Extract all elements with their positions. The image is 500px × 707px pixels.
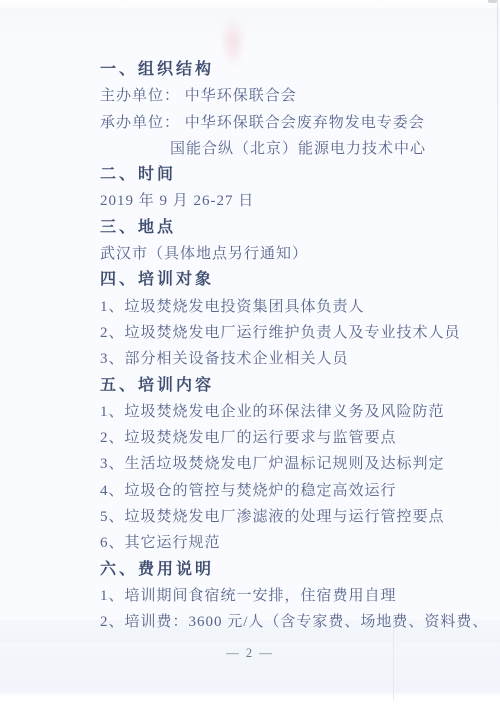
page-number: — 2 — bbox=[0, 646, 500, 661]
line-event-date: 2019 年 9 月 26-27 日 bbox=[100, 188, 490, 214]
line-event-location: 武汉市（具体地点另行通知） bbox=[100, 241, 490, 267]
section-heading-location: 三、地点 bbox=[100, 215, 490, 241]
scan-artifact-band bbox=[0, 8, 500, 48]
line-content-item-2: 2、垃圾焚烧发电厂的运行要求与监管要点 bbox=[100, 425, 490, 451]
line-content-item-4: 4、垃圾仓的管控与焚烧炉的稳定高效运行 bbox=[100, 478, 490, 504]
line-trainee-item-3: 3、部分相关设备技术企业相关人员 bbox=[100, 346, 490, 372]
section-heading-trainees: 四、培训对象 bbox=[100, 267, 490, 293]
paper-edge-shadow bbox=[497, 0, 498, 707]
line-content-item-5: 5、垃圾焚烧发电厂渗滤液的处理与运行管控要点 bbox=[100, 504, 490, 530]
scanned-document-page: 一、组织结构 主办单位： 中华环保联合会 承办单位： 中华环保联合会废弃物发电专… bbox=[0, 0, 500, 707]
line-organizer-unit-2: 国能合纵（北京）能源电力技术中心 bbox=[100, 136, 490, 162]
line-trainee-item-1: 1、垃圾焚烧发电投资集团具体负责人 bbox=[100, 294, 490, 320]
section-heading-organization: 一、组织结构 bbox=[100, 57, 490, 83]
line-content-item-3: 3、生活垃圾焚烧发电厂炉温标记规则及达标判定 bbox=[100, 451, 490, 477]
line-trainee-item-2: 2、垃圾焚烧发电厂运行维护负责人及专业技术人员 bbox=[100, 320, 490, 346]
line-content-item-1: 1、垃圾焚烧发电企业的环保法律义务及风险防范 bbox=[100, 399, 490, 425]
section-heading-content: 五、培训内容 bbox=[100, 373, 490, 399]
section-heading-fees: 六、费用说明 bbox=[100, 557, 490, 583]
line-fee-item-1: 1、培训期间食宿统一安排，住宿费用自理 bbox=[100, 583, 490, 609]
line-content-item-6: 6、其它运行规范 bbox=[100, 530, 490, 556]
document-body: 一、组织结构 主办单位： 中华环保联合会 承办单位： 中华环保联合会废弃物发电专… bbox=[100, 57, 490, 636]
line-fee-item-2: 2、培训费：3600 元/人（含专家费、场地费、资料费、 bbox=[100, 609, 490, 635]
line-host-unit: 主办单位： 中华环保联合会 bbox=[100, 83, 490, 109]
line-organizer-unit: 承办单位： 中华环保联合会废弃物发电专委会 bbox=[100, 110, 490, 136]
scan-edge-speck bbox=[488, 0, 497, 3]
section-heading-time: 二、时间 bbox=[100, 162, 490, 188]
